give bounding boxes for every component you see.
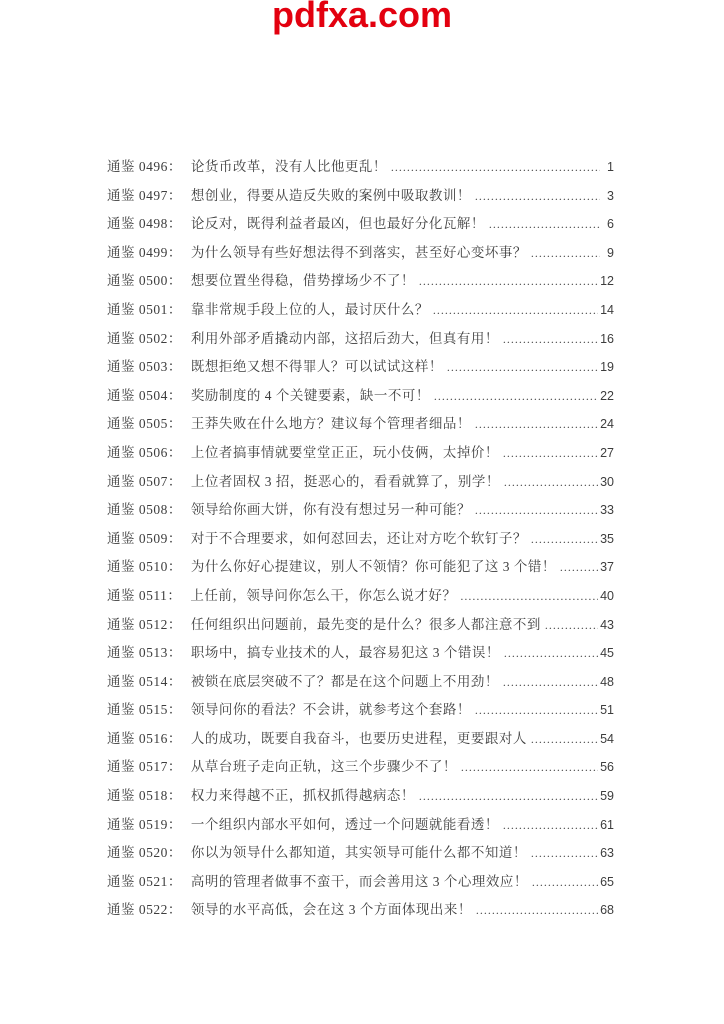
toc-entry-title: 为什么领导有些好想法得不到落实，甚至好心变坏事？ [191,246,527,260]
toc-entry-page: 65 [600,875,614,889]
toc-entry-page: 30 [600,475,614,489]
toc-entry-page: 14 [600,303,614,317]
toc-entry-title: 对于不合理要求，如何怼回去，还让对方吃个软钉子？ [191,532,527,546]
toc-entry: 通鉴 0505： 王莽失败在什么地方？建议每个管理者细品！ 24 [107,417,614,431]
toc-entry-label: 通鉴 0516： [107,732,182,746]
toc-entry-title: 职场中，搞专业技术的人，最容易犯这 3 个错误！ [191,646,500,660]
toc-entry: 通鉴 0506： 上位者搞事情就要堂堂正正，玩小伎俩，太掉价！ 27 [107,446,614,460]
toc-entry-label: 通鉴 0521： [107,875,182,889]
toc-entry-page: 54 [600,732,614,746]
toc-entry: 通鉴 0512： 任何组织出问题前，最先变的是什么？很多人都注意不到 43 [107,618,614,632]
toc-entry: 通鉴 0510： 为什么你好心提建议，别人不领情？你可能犯了这 3 个错！ 37 [107,560,614,574]
dot-leader [531,246,600,260]
toc-entry-title: 一个组织内部水平如何，透过一个问题就能看透！ [191,818,499,832]
toc-entry-page: 48 [600,675,614,689]
toc-entry-title: 权力来得越不正，抓权抓得越病态！ [191,789,415,803]
toc-entry-page: 35 [600,532,614,546]
toc-entry-title: 想要位置坐得稳，借势撑场少不了！ [191,274,415,288]
toc-entry: 通鉴 0499： 为什么领导有些好想法得不到落实，甚至好心变坏事？ 9 [107,246,614,260]
toc-entry-title: 奖励制度的 4 个关键要素，缺一不可！ [191,389,430,403]
toc-entry-label: 通鉴 0522： [107,903,182,917]
toc-entry-title: 上位者固权 3 招，挺恶心的，看看就算了，别学！ [191,475,500,489]
dot-leader [461,760,598,774]
toc-entry: 通鉴 0504： 奖励制度的 4 个关键要素，缺一不可！ 22 [107,389,614,403]
toc-entry-label: 通鉴 0501： [107,303,182,317]
toc-entry: 通鉴 0520： 你以为领导什么都知道，其实领导可能什么都不知道！ 63 [107,846,614,860]
toc-entry-page: 45 [600,646,614,660]
toc-entry-page: 19 [600,360,614,374]
toc-entry: 通鉴 0518： 权力来得越不正，抓权抓得越病态！ 59 [107,789,614,803]
toc-entry-label: 通鉴 0515： [107,703,182,717]
toc-entry-title: 利用外部矛盾撬动内部，这招后劲大，但真有用！ [191,332,499,346]
toc-entry-label: 通鉴 0497： [107,189,182,203]
toc-entry-label: 通鉴 0503： [107,360,182,374]
dot-leader [419,789,598,803]
toc-entry-label: 通鉴 0517： [107,760,182,774]
dot-leader [504,475,598,489]
toc-entry-title: 上位者搞事情就要堂堂正正，玩小伎俩，太掉价！ [191,446,499,460]
toc-entry: 通鉴 0511： 上任前，领导问你怎么干，你怎么说才好？ 40 [107,589,614,603]
dot-leader [476,903,598,917]
toc-entry-label: 通鉴 0519： [107,818,182,832]
toc-entry-page: 24 [600,417,614,431]
toc-entry-label: 通鉴 0502： [107,332,182,346]
toc-entry-page: 68 [600,903,614,917]
toc-entry-label: 通鉴 0498： [107,217,182,231]
dot-leader [531,532,598,546]
table-of-contents: 通鉴 0496： 论货币改革，没有人比他更乱！ 1 通鉴 0497： 想创业，得… [107,160,614,917]
toc-entry-page: 1 [602,160,614,174]
toc-entry-page: 22 [600,389,614,403]
toc-entry-page: 63 [600,846,614,860]
dot-leader [503,675,598,689]
toc-entry-title: 任何组织出问题前，最先变的是什么？很多人都注意不到 [191,618,541,632]
dot-leader [419,274,598,288]
toc-entry-title: 靠非常规手段上位的人，最讨厌什么？ [191,303,429,317]
toc-entry-title: 既想拒绝又想不得罪人？可以试试这样！ [191,360,443,374]
dot-leader [503,818,598,832]
toc-entry: 通鉴 0497： 想创业，得要从造反失败的案例中吸取教训！ 3 [107,189,614,203]
toc-entry-title: 为什么你好心提建议，别人不领情？你可能犯了这 3 个错！ [191,560,556,574]
toc-entry: 通鉴 0502： 利用外部矛盾撬动内部，这招后劲大，但真有用！ 16 [107,332,614,346]
toc-entry-label: 通鉴 0510： [107,560,182,574]
toc-entry-title: 论货币改革，没有人比他更乱！ [191,160,387,174]
toc-entry: 通鉴 0522： 领导的水平高低，会在这 3 个方面体现出来！ 68 [107,903,614,917]
toc-entry-label: 通鉴 0514： [107,675,182,689]
toc-entry-label: 通鉴 0499： [107,246,182,260]
toc-entry-label: 通鉴 0511： [107,589,181,603]
toc-entry: 通鉴 0519： 一个组织内部水平如何，透过一个问题就能看透！ 61 [107,818,614,832]
toc-entry-label: 通鉴 0518： [107,789,182,803]
toc-entry-page: 37 [600,560,614,574]
toc-entry: 通鉴 0509： 对于不合理要求，如何怼回去，还让对方吃个软钉子？ 35 [107,532,614,546]
toc-entry-title: 领导的水平高低，会在这 3 个方面体现出来！ [191,903,472,917]
toc-entry: 通鉴 0500： 想要位置坐得稳，借势撑场少不了！ 12 [107,274,614,288]
toc-entry-label: 通鉴 0500： [107,274,182,288]
dot-leader [460,589,598,603]
toc-entry-page: 61 [600,818,614,832]
toc-entry: 通鉴 0508： 领导给你画大饼，你有没有想过另一种可能？ 33 [107,503,614,517]
toc-entry-title: 上任前，领导问你怎么干，你怎么说才好？ [190,589,456,603]
toc-entry-title: 被锁在底层突破不了？都是在这个问题上不用劲！ [191,675,499,689]
toc-entry: 通鉴 0498： 论反对，既得利益者最凶，但也最好分化瓦解！ 6 [107,217,614,231]
toc-entry-page: 3 [602,189,614,203]
toc-entry-page: 33 [600,503,614,517]
dot-leader [503,446,598,460]
toc-entry: 通鉴 0503： 既想拒绝又想不得罪人？可以试试这样！ 19 [107,360,614,374]
toc-entry-title: 领导给你画大饼，你有没有想过另一种可能？ [191,503,471,517]
dot-leader [475,417,598,431]
dot-leader [504,646,598,660]
toc-entry-label: 通鉴 0496： [107,160,182,174]
toc-entry-page: 56 [600,760,614,774]
toc-entry-label: 通鉴 0505： [107,417,182,431]
dot-leader [475,703,598,717]
toc-entry: 通鉴 0501： 靠非常规手段上位的人，最讨厌什么？ 14 [107,303,614,317]
dot-leader [434,389,598,403]
dot-leader [532,875,598,889]
dot-leader [560,560,598,574]
toc-entry: 通鉴 0521： 高明的管理者做事不蛮干，而会善用这 3 个心理效应！ 65 [107,875,614,889]
toc-entry: 通鉴 0513： 职场中，搞专业技术的人，最容易犯这 3 个错误！ 45 [107,646,614,660]
toc-entry-title: 论反对，既得利益者最凶，但也最好分化瓦解！ [191,217,485,231]
toc-entry-page: 51 [600,703,614,717]
toc-entry-title: 领导问你的看法？不会讲，就参考这个套路！ [191,703,471,717]
toc-entry-title: 高明的管理者做事不蛮干，而会善用这 3 个心理效应！ [191,875,528,889]
toc-entry-label: 通鉴 0513： [107,646,182,660]
toc-entry-title: 你以为领导什么都知道，其实领导可能什么都不知道！ [191,846,527,860]
toc-entry: 通鉴 0514： 被锁在底层突破不了？都是在这个问题上不用劲！ 48 [107,675,614,689]
dot-leader [391,160,600,174]
toc-entry-label: 通鉴 0509： [107,532,182,546]
dot-leader [531,732,598,746]
toc-entry-label: 通鉴 0508： [107,503,182,517]
dot-leader [503,332,598,346]
dot-leader [475,189,600,203]
dot-leader [433,303,598,317]
toc-entry-title: 王莽失败在什么地方？建议每个管理者细品！ [191,417,471,431]
toc-entry-page: 12 [600,274,614,288]
dot-leader [531,846,598,860]
toc-entry-page: 43 [600,618,614,632]
toc-entry-page: 16 [600,332,614,346]
toc-entry-page: 6 [602,217,614,231]
toc-entry: 通鉴 0515： 领导问你的看法？不会讲，就参考这个套路！ 51 [107,703,614,717]
toc-entry-label: 通鉴 0504： [107,389,182,403]
dot-leader [545,618,598,632]
toc-entry-title: 想创业，得要从造反失败的案例中吸取教训！ [191,189,471,203]
toc-entry-page: 9 [602,246,614,260]
toc-entry: 通鉴 0496： 论货币改革，没有人比他更乱！ 1 [107,160,614,174]
toc-entry-label: 通鉴 0520： [107,846,182,860]
site-watermark: pdfxa.com [0,0,724,36]
toc-entry: 通鉴 0517： 从草台班子走向正轨，这三个步骤少不了！ 56 [107,760,614,774]
toc-entry-title: 人的成功，既要自我奋斗，也要历史进程，更要跟对人 [191,732,527,746]
toc-entry: 通鉴 0516： 人的成功，既要自我奋斗，也要历史进程，更要跟对人 54 [107,732,614,746]
toc-entry-label: 通鉴 0507： [107,475,182,489]
toc-entry-label: 通鉴 0512： [107,618,182,632]
toc-entry-title: 从草台班子走向正轨，这三个步骤少不了！ [191,760,457,774]
toc-entry-page: 59 [600,789,614,803]
toc-entry: 通鉴 0507： 上位者固权 3 招，挺恶心的，看看就算了，别学！ 30 [107,475,614,489]
dot-leader [475,503,598,517]
toc-entry-label: 通鉴 0506： [107,446,182,460]
toc-entry-page: 40 [600,589,614,603]
dot-leader [489,217,600,231]
dot-leader [447,360,598,374]
toc-entry-page: 27 [600,446,614,460]
